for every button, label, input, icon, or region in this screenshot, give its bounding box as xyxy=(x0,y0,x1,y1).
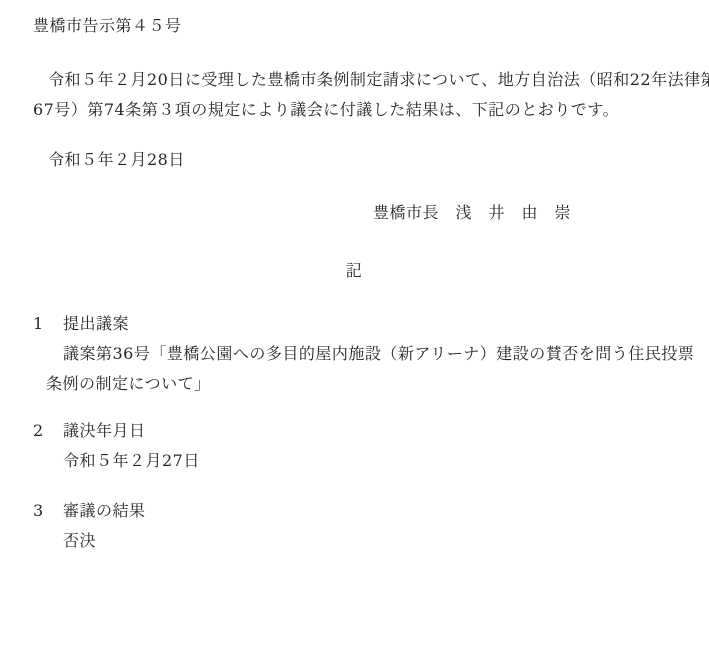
paragraph-line: 令和５年２月20日に受理した豊橋市条例制定請求について、地方自治法（昭和22年法… xyxy=(33,65,675,95)
list-item-body-line: 令和５年２月27日 xyxy=(33,446,675,476)
list-item-heading: 1 提出議案 xyxy=(33,309,675,339)
list-item-title: 議決年月日 xyxy=(63,416,146,446)
list-item-number: 1 xyxy=(33,309,63,339)
notice-document-page: 豊橋市告示第４５号 令和５年２月20日に受理した豊橋市条例制定請求について、地方… xyxy=(0,0,709,659)
list-item-title: 提出議案 xyxy=(63,309,129,339)
issue-date: 令和５年２月28日 xyxy=(33,145,675,175)
list-item-body-line: 否決 xyxy=(33,526,675,556)
list-item-heading: 2 議決年月日 xyxy=(33,416,675,446)
record-marker: 記 xyxy=(33,256,675,286)
notice-body-paragraph: 令和５年２月20日に受理した豊橋市条例制定請求について、地方自治法（昭和22年法… xyxy=(33,65,675,125)
mayor-signature: 豊橋市長 浅 井 由 崇 xyxy=(33,198,675,228)
list-item-title: 審議の結果 xyxy=(63,496,146,526)
list-item-heading: 3 審議の結果 xyxy=(33,496,675,526)
list-item-body-line: 条例の制定について」 xyxy=(33,369,675,399)
list-item-number: 3 xyxy=(33,496,63,526)
list-item-submitted-bill: 1 提出議案 議案第36号「豊橋公園への多目的屋内施設（新アリーナ）建設の賛否を… xyxy=(33,309,675,399)
list-item-number: 2 xyxy=(33,416,63,446)
list-item-resolution-date: 2 議決年月日 令和５年２月27日 xyxy=(33,416,675,476)
list-item-body-line: 議案第36号「豊橋公園への多目的屋内施設（新アリーナ）建設の賛否を問う住民投票 xyxy=(33,339,675,369)
notice-number-title: 豊橋市告示第４５号 xyxy=(33,11,675,41)
paragraph-line: 67号）第74条第３項の規定により議会に付議した結果は、下記のとおりです。 xyxy=(33,95,675,125)
list-item-deliberation-result: 3 審議の結果 否決 xyxy=(33,496,675,556)
